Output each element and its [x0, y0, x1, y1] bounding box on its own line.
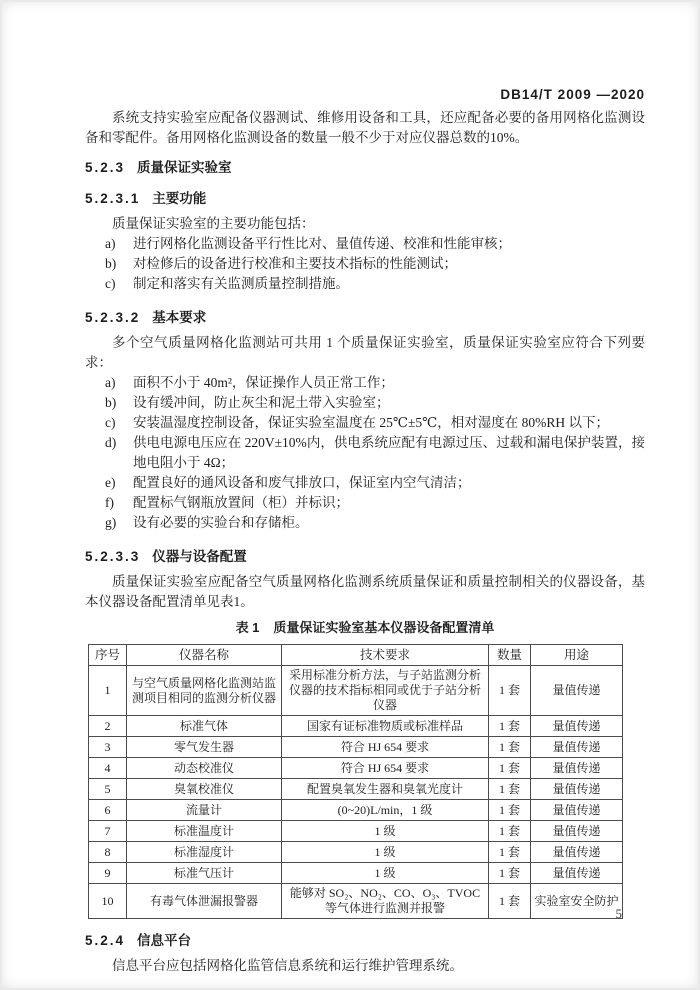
list-item-text: 进行网格化监测设备平行性比对、量值传递、校准和性能审核；	[133, 234, 645, 254]
table-cell: 5	[89, 779, 127, 800]
table-cell: 1 套	[489, 821, 531, 842]
section-title: 信息平台	[137, 933, 191, 948]
section-title: 质量保证实验室	[137, 160, 232, 175]
table-cell: 9	[89, 863, 127, 884]
table-header-cell: 仪器名称	[127, 645, 282, 666]
table-cell: 1 套	[489, 758, 531, 779]
table-cell: 1 套	[489, 863, 531, 884]
list-item-label: e)	[105, 473, 133, 493]
section-number: 5.2.3.1	[85, 191, 140, 206]
table-cell: 量值传递	[531, 666, 623, 716]
table-cell: 符合 HJ 654 要求	[282, 758, 489, 779]
table-cell: 量值传递	[531, 779, 623, 800]
table-header-row: 序号仪器名称技术要求数量用途	[89, 645, 623, 666]
table-row: 5臭氧校准仪配置臭氧发生器和臭氧光度计1 套量值传递	[89, 779, 623, 800]
table-cell: 1 级	[282, 842, 489, 863]
list-item-label: f)	[105, 493, 133, 513]
list-item-label: c)	[105, 274, 133, 294]
list-item-text: 制定和落实有关监测质量控制措施。	[133, 274, 645, 294]
table-cell: 标准温度计	[127, 821, 282, 842]
table-cell: 配置臭氧发生器和臭氧光度计	[282, 779, 489, 800]
list-item-text: 配置标气钢瓶放置间（柜）并标识；	[133, 493, 645, 513]
list-item: a)进行网格化监测设备平行性比对、量值传递、校准和性能审核；	[85, 234, 645, 254]
table-cell: 1 套	[489, 800, 531, 821]
table-header-cell: 数量	[489, 645, 531, 666]
table-cell: 实验室安全防护	[531, 884, 623, 919]
table-cell: 1 套	[489, 666, 531, 716]
table-cell: 与空气质量网格化监测站监测项目相同的监测分析仪器	[127, 666, 282, 716]
table-cell: 标准气体	[127, 716, 282, 737]
table-row: 4动态校准仪符合 HJ 654 要求1 套量值传递	[89, 758, 623, 779]
list-item-text: 面积不小于 40m²，保证操作人员正常工作；	[133, 373, 645, 393]
list-item-label: a)	[105, 234, 133, 254]
table-row: 9标准气压计1 级1 套量值传递	[89, 863, 623, 884]
list-item-text: 对检修后的设备进行校准和主要技术指标的性能测试；	[133, 254, 645, 274]
section-heading-5-2-4: 5.2.4 信息平台	[85, 933, 645, 948]
table-cell: 8	[89, 842, 127, 863]
table-header-cell: 技术要求	[282, 645, 489, 666]
table-cell: 7	[89, 821, 127, 842]
table-cell: 1	[89, 666, 127, 716]
table-cell: 臭氧校准仪	[127, 779, 282, 800]
table-cell: 量值传递	[531, 716, 623, 737]
page-number: 5	[616, 906, 623, 922]
list-item-text: 配置良好的通风设备和废气排放口，保证室内空气清洁；	[133, 473, 645, 493]
table-cell: 2	[89, 716, 127, 737]
intro-paragraph: 系统支持实验室应配备仪器测试、维修用设备和工具，还应配备必要的备用网格化监测设备…	[85, 108, 645, 148]
table-cell: 零气发生器	[127, 737, 282, 758]
table-cell: 能够对 SO₂、NO₂、CO、O₃、TVOC 等气体进行监测并报警	[282, 884, 489, 919]
table-cell: 4	[89, 758, 127, 779]
table-header-cell: 序号	[89, 645, 127, 666]
table-row: 1与空气质量网格化监测站监测项目相同的监测分析仪器采用标准分析方法，与子站监测分…	[89, 666, 623, 716]
equipment-config-table: 序号仪器名称技术要求数量用途 1与空气质量网格化监测站监测项目相同的监测分析仪器…	[88, 644, 623, 919]
table-cell: 1 套	[489, 842, 531, 863]
list-item: f)配置标气钢瓶放置间（柜）并标识；	[85, 493, 645, 513]
table-row: 3零气发生器符合 HJ 654 要求1 套量值传递	[89, 737, 623, 758]
table-cell: 量值传递	[531, 821, 623, 842]
section-heading-5-2-3: 5.2.3 质量保证实验室	[85, 160, 645, 175]
list-item-text: 安装温湿度控制设备，保证实验室温度在 25℃±5℃，相对湿度在 80%RH 以下…	[133, 413, 645, 433]
table-cell: 3	[89, 737, 127, 758]
table-cell: 1 级	[282, 863, 489, 884]
table-row: 10有毒气体泄漏报警器能够对 SO₂、NO₂、CO、O₃、TVOC 等气体进行监…	[89, 884, 623, 919]
lead-paragraph: 多个空气质量网格化监测站可共用 1 个质量保证实验室，质量保证实验室应符合下列要…	[85, 333, 645, 373]
table-cell: 1 套	[489, 716, 531, 737]
table-cell: 标准湿度计	[127, 842, 282, 863]
table-cell: 采用标准分析方法，与子站监测分析仪器的技术指标相同或优于子站分析仪器	[282, 666, 489, 716]
table-header-cell: 用途	[531, 645, 623, 666]
lead-paragraph: 信息平台应包括网格化监管信息系统和运行维护管理系统。	[85, 956, 645, 976]
list-item: b)对检修后的设备进行校准和主要技术指标的性能测试；	[85, 254, 645, 274]
list-item: c)安装温湿度控制设备，保证实验室温度在 25℃±5℃，相对湿度在 80%RH …	[85, 413, 645, 433]
list-item: e)配置良好的通风设备和废气排放口，保证室内空气清洁；	[85, 473, 645, 493]
table-row: 8标准湿度计1 级1 套量值传递	[89, 842, 623, 863]
ordered-list-5-2-3-2: a)面积不小于 40m²，保证操作人员正常工作；b)设有缓冲间，防止灰尘和泥土带…	[85, 373, 645, 533]
section-title: 仪器与设备配置	[152, 549, 247, 564]
section-title: 主要功能	[152, 191, 206, 206]
lead-paragraph: 质量保证实验室的主要功能包括：	[85, 214, 645, 234]
list-item-label: b)	[105, 393, 133, 413]
table-cell: 流量计	[127, 800, 282, 821]
list-item: g)设有必要的实验台和存储柜。	[85, 513, 645, 533]
list-item: a)面积不小于 40m²，保证操作人员正常工作；	[85, 373, 645, 393]
table-cell: 量值传递	[531, 800, 623, 821]
lead-paragraph: 质量保证实验室应配备空气质量网格化监测系统质量保证和质量控制相关的仪器设备，基本…	[85, 572, 645, 612]
table-cell: (0~20)L/min，1 级	[282, 800, 489, 821]
list-item-label: b)	[105, 254, 133, 274]
table-cell: 6	[89, 800, 127, 821]
list-item: d)供电电源电压应在 220V±10%内，供电系统应配有电源过压、过载和漏电保护…	[85, 433, 645, 473]
section-heading-5-2-3-3: 5.2.3.3 仪器与设备配置	[85, 549, 645, 564]
table-caption: 表 1质量保证实验室基本仪器设备配置清单	[85, 620, 645, 636]
list-item-text: 设有缓冲间，防止灰尘和泥土带入实验室；	[133, 393, 645, 413]
list-item-label: d)	[105, 433, 133, 473]
table-cell: 10	[89, 884, 127, 919]
table-cell: 标准气压计	[127, 863, 282, 884]
list-item-text: 设有必要的实验台和存储柜。	[133, 513, 645, 533]
table-cell: 有毒气体泄漏报警器	[127, 884, 282, 919]
table-cell: 1 套	[489, 779, 531, 800]
section-heading-5-2-3-1: 5.2.3.1 主要功能	[85, 191, 645, 206]
table-row: 2标准气体国家有证标准物质或标准样品1 套量值传递	[89, 716, 623, 737]
table-cell: 符合 HJ 654 要求	[282, 737, 489, 758]
doc-header: DB14/T 2009 —2020	[85, 88, 645, 102]
section-title: 基本要求	[152, 310, 206, 325]
table-label: 表 1	[236, 620, 260, 635]
table-cell: 量值传递	[531, 842, 623, 863]
table-cell: 量值传递	[531, 758, 623, 779]
table-cell: 1 套	[489, 884, 531, 919]
table-cell: 1 套	[489, 737, 531, 758]
table-caption-text: 质量保证实验室基本仪器设备配置清单	[273, 620, 494, 635]
table-cell: 量值传递	[531, 737, 623, 758]
document-page: DB14/T 2009 —2020 系统支持实验室应配备仪器测试、维修用设备和工…	[0, 0, 700, 990]
table-cell: 动态校准仪	[127, 758, 282, 779]
table-cell: 国家有证标准物质或标准样品	[282, 716, 489, 737]
ordered-list-5-2-3-1: a)进行网格化监测设备平行性比对、量值传递、校准和性能审核；b)对检修后的设备进…	[85, 234, 645, 294]
list-item-text: 供电电源电压应在 220V±10%内，供电系统应配有电源过压、过载和漏电保护装置…	[133, 433, 645, 473]
section-number: 5.2.4	[85, 933, 125, 948]
section-number: 5.2.3.2	[85, 310, 140, 325]
table-cell: 1 级	[282, 821, 489, 842]
table-row: 6流量计(0~20)L/min，1 级1 套量值传递	[89, 800, 623, 821]
table-row: 7标准温度计1 级1 套量值传递	[89, 821, 623, 842]
list-item-label: g)	[105, 513, 133, 533]
list-item: c)制定和落实有关监测质量控制措施。	[85, 274, 645, 294]
table-body: 1与空气质量网格化监测站监测项目相同的监测分析仪器采用标准分析方法，与子站监测分…	[89, 666, 623, 919]
section-heading-5-2-3-2: 5.2.3.2 基本要求	[85, 310, 645, 325]
table-cell: 量值传递	[531, 863, 623, 884]
list-item-label: a)	[105, 373, 133, 393]
section-number: 5.2.3.3	[85, 549, 140, 564]
list-item-label: c)	[105, 413, 133, 433]
list-item: b)设有缓冲间，防止灰尘和泥土带入实验室；	[85, 393, 645, 413]
doc-number: DB14/T 2009 —2020	[500, 87, 645, 102]
section-number: 5.2.3	[85, 160, 125, 175]
